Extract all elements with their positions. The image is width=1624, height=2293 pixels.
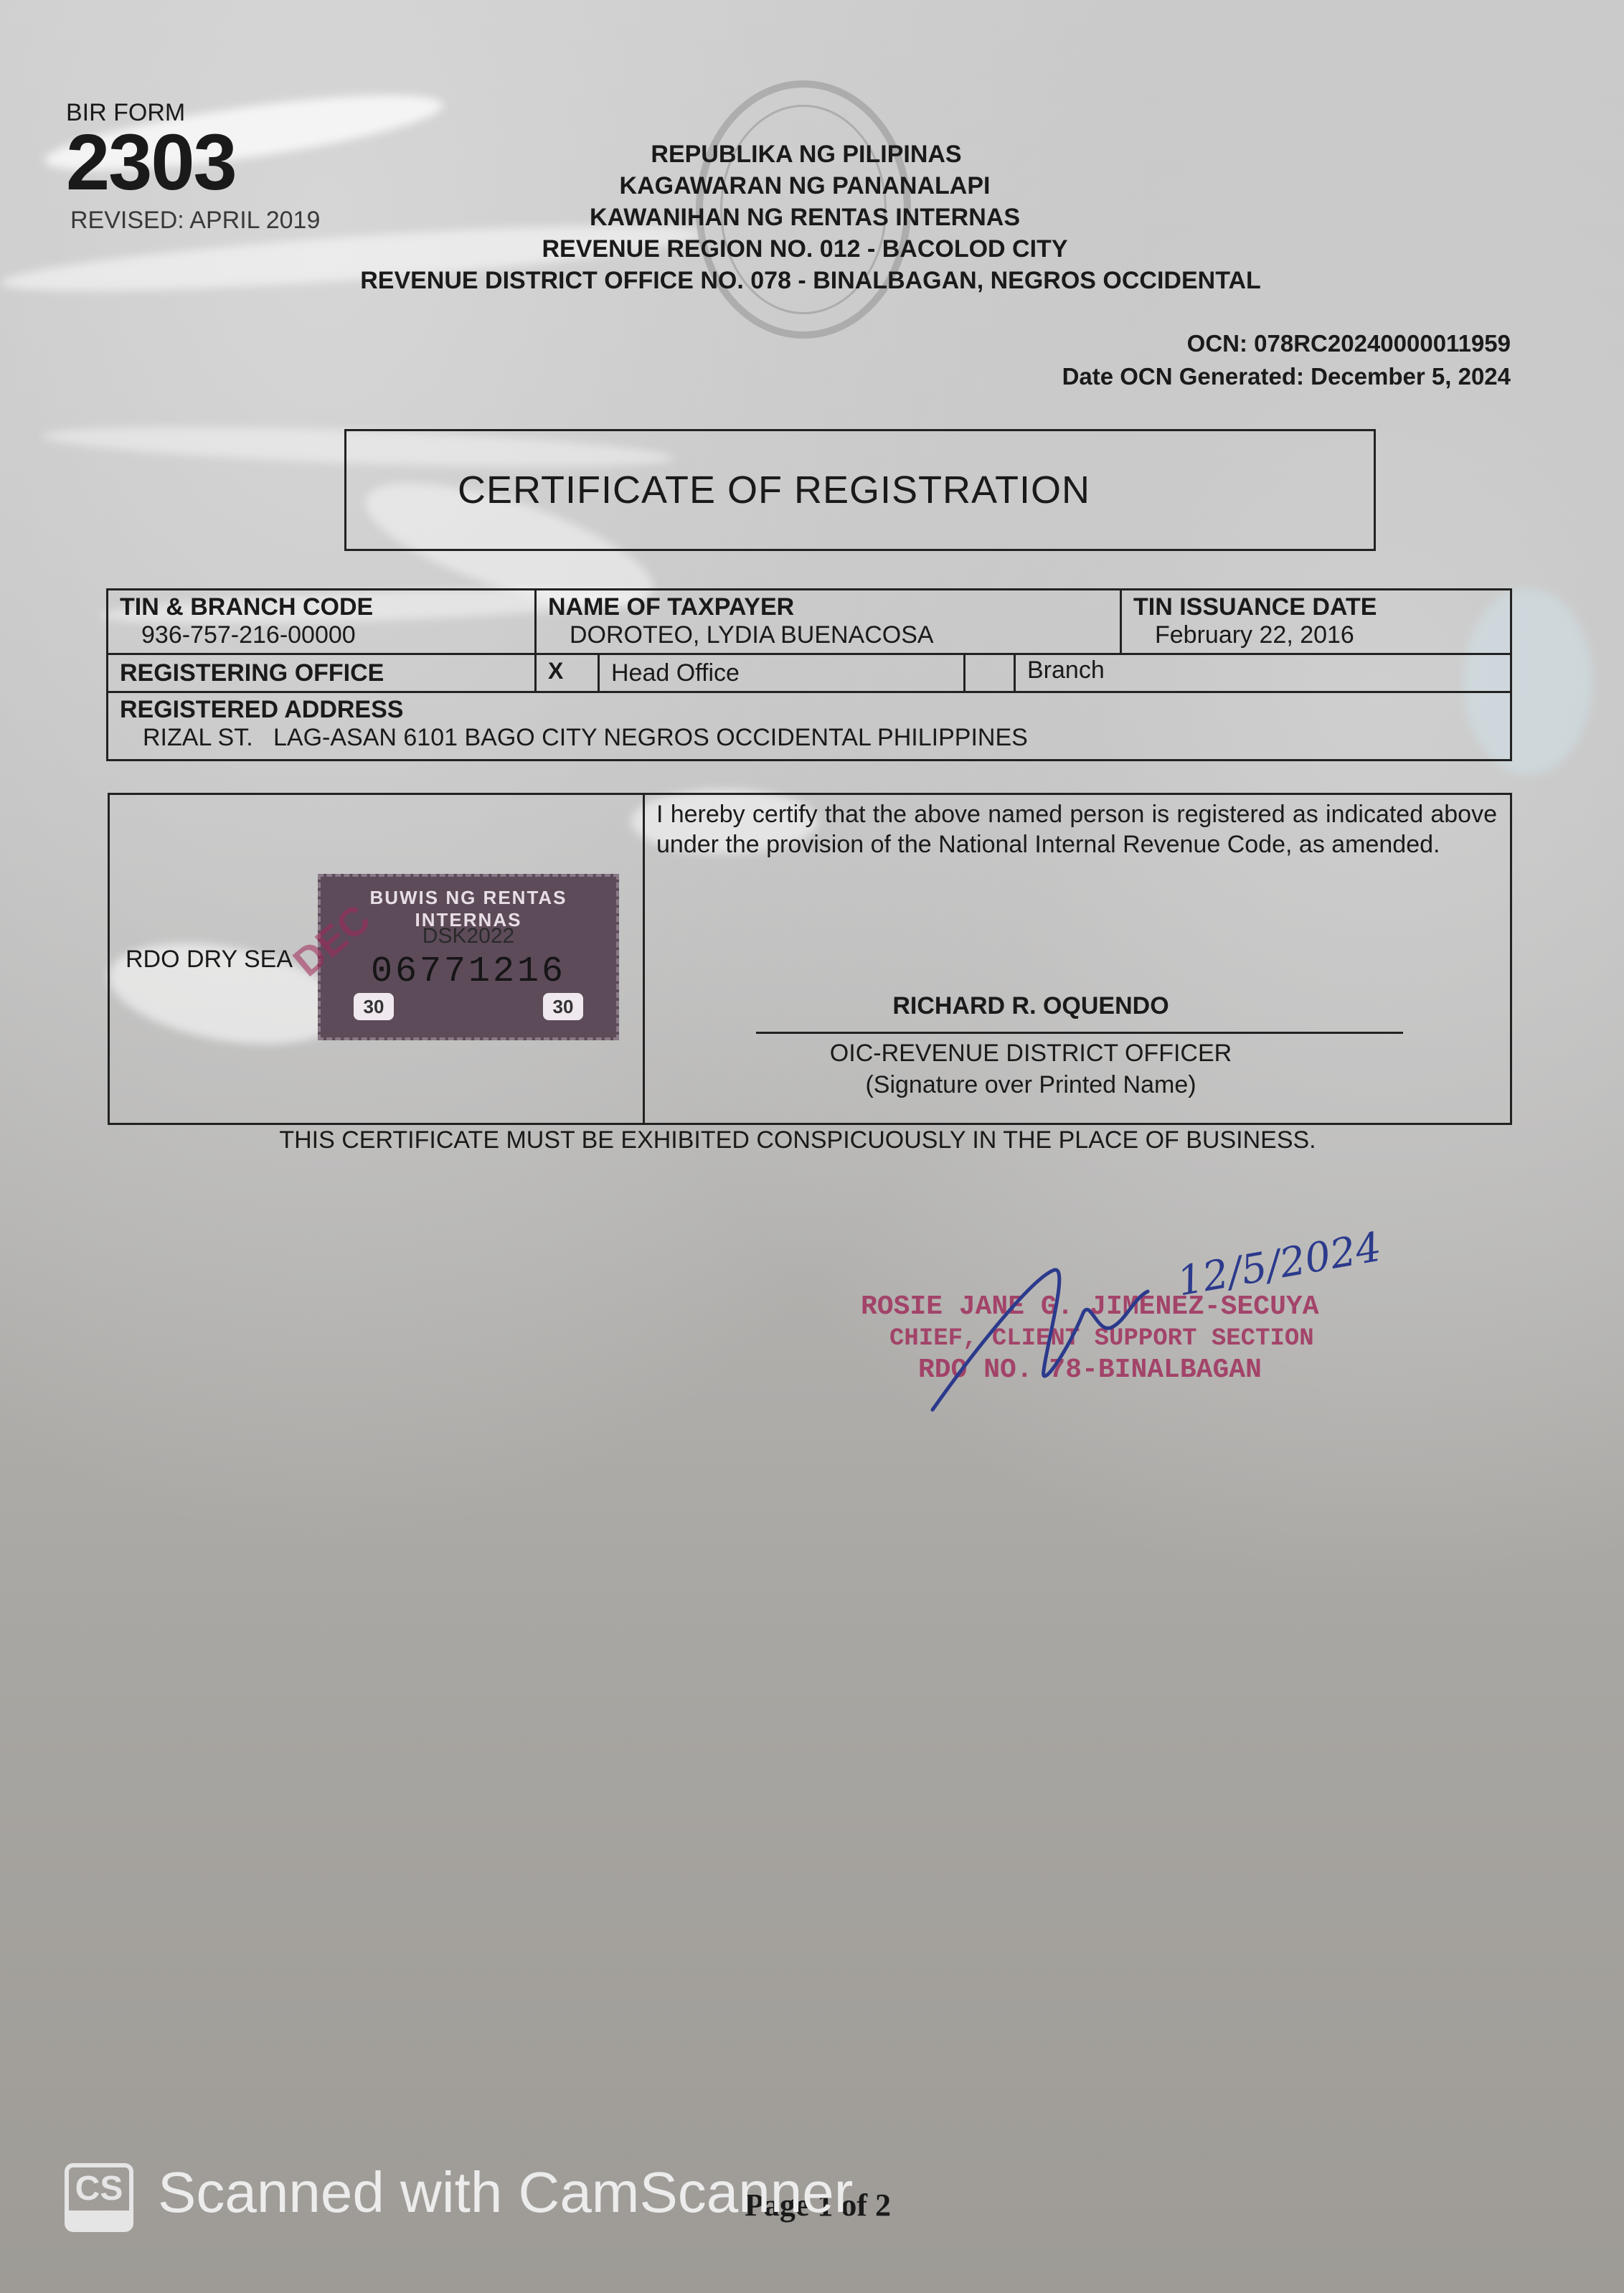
- taxpayer-name-label: NAME OF TAXPAYER: [548, 593, 1108, 621]
- camscanner-logo-icon: CS: [65, 2163, 133, 2232]
- certification-box: RDO DRY SEA BUWIS NG RENTAS INTERNAS DSK…: [108, 793, 1512, 1125]
- registering-office-label: REGISTERING OFFICE: [120, 659, 523, 687]
- header-line-republic: REPUBLIKA NG PILIPINAS: [651, 141, 961, 169]
- page-title: CERTIFICATE OF REGISTRATION: [458, 468, 1090, 512]
- tin-label: TIN & BRANCH CODE: [120, 593, 523, 621]
- stamp-area: RDO DRY SEA BUWIS NG RENTAS INTERNAS DSK…: [110, 795, 645, 1123]
- registering-office-cell: REGISTERING OFFICE: [108, 655, 534, 691]
- tin-cell: TIN & BRANCH CODE 936-757-216-00000: [108, 590, 534, 653]
- signature-line: [756, 1032, 1403, 1034]
- stamp-denomination: 30: [354, 993, 394, 1020]
- documentary-stamp: BUWIS NG RENTAS INTERNAS DSK2022 0677121…: [318, 874, 619, 1040]
- table-row: TIN & BRANCH CODE 936-757-216-00000 NAME…: [108, 590, 1510, 655]
- stamp-serial: 06771216: [321, 951, 616, 992]
- officer-title-block: OIC-REVENUE DISTRICT OFFICER (Signature …: [645, 1037, 1510, 1101]
- officer-name: RICHARD R. OQUENDO: [645, 992, 1510, 1020]
- certification-statement-area: I hereby certify that the above named pe…: [645, 795, 1510, 1123]
- head-office-label: Head Office: [598, 655, 963, 691]
- header-line-department: KAGAWARAN NG PANANALAPI: [620, 172, 991, 200]
- table-row: REGISTERING OFFICE X Head Office Branch: [108, 655, 1510, 693]
- header-line-region: REVENUE REGION NO. 012 - BACOLOD CITY: [542, 235, 1068, 263]
- stamp-denomination: 30: [543, 993, 583, 1020]
- officer-title: OIC-REVENUE DISTRICT OFFICER: [645, 1037, 1417, 1069]
- head-office-checkbox[interactable]: X: [534, 655, 598, 691]
- tin-issuance-label: TIN ISSUANCE DATE: [1133, 593, 1498, 621]
- taxpayer-name-value: DOROTEO, LYDIA BUENACOSA: [548, 621, 1108, 649]
- ocn-date: Date OCN Generated: December 5, 2024: [1062, 360, 1511, 393]
- tin-issuance-cell: TIN ISSUANCE DATE February 22, 2016: [1120, 590, 1510, 653]
- camscanner-watermark: Scanned with CamScanner: [158, 2160, 853, 2226]
- header-line-district-office: REVENUE DISTRICT OFFICE NO. 078 - BINALB…: [360, 267, 1261, 295]
- ocn-number: OCN: 078RC20240000011959: [1062, 327, 1511, 360]
- registered-address-value: RIZAL ST. LAG-ASAN 6101 BAGO CITY NEGROS…: [120, 724, 1498, 752]
- registered-address-label: REGISTERED ADDRESS: [120, 696, 1498, 724]
- table-row: REGISTERED ADDRESS RIZAL ST. LAG-ASAN 61…: [108, 693, 1510, 759]
- registration-table: TIN & BRANCH CODE 936-757-216-00000 NAME…: [106, 588, 1512, 761]
- rdo-dry-seal-label: RDO DRY SEA: [126, 946, 293, 974]
- ocn-block: OCN: 078RC20240000011959 Date OCN Genera…: [1062, 327, 1511, 393]
- form-revised-date: REVISED: APRIL 2019: [70, 207, 320, 235]
- title-box: CERTIFICATE OF REGISTRATION: [344, 429, 1376, 551]
- tin-issuance-value: February 22, 2016: [1133, 621, 1498, 649]
- branch-label: Branch: [1014, 655, 1510, 691]
- officer-note: (Signature over Printed Name): [645, 1069, 1417, 1101]
- form-number: 2303: [66, 123, 236, 202]
- exhibit-notice: THIS CERTIFICATE MUST BE EXHIBITED CONSP…: [0, 1126, 1624, 1154]
- taxpayer-name-cell: NAME OF TAXPAYER DOROTEO, LYDIA BUENACOS…: [534, 590, 1120, 653]
- tin-value: 936-757-216-00000: [120, 621, 523, 649]
- branch-checkbox[interactable]: [963, 655, 1014, 691]
- registered-address-cell: REGISTERED ADDRESS RIZAL ST. LAG-ASAN 61…: [108, 693, 1510, 759]
- header-line-bureau: KAWANIHAN NG RENTAS INTERNAS: [590, 204, 1020, 232]
- certification-text: I hereby certify that the above named pe…: [656, 799, 1497, 860]
